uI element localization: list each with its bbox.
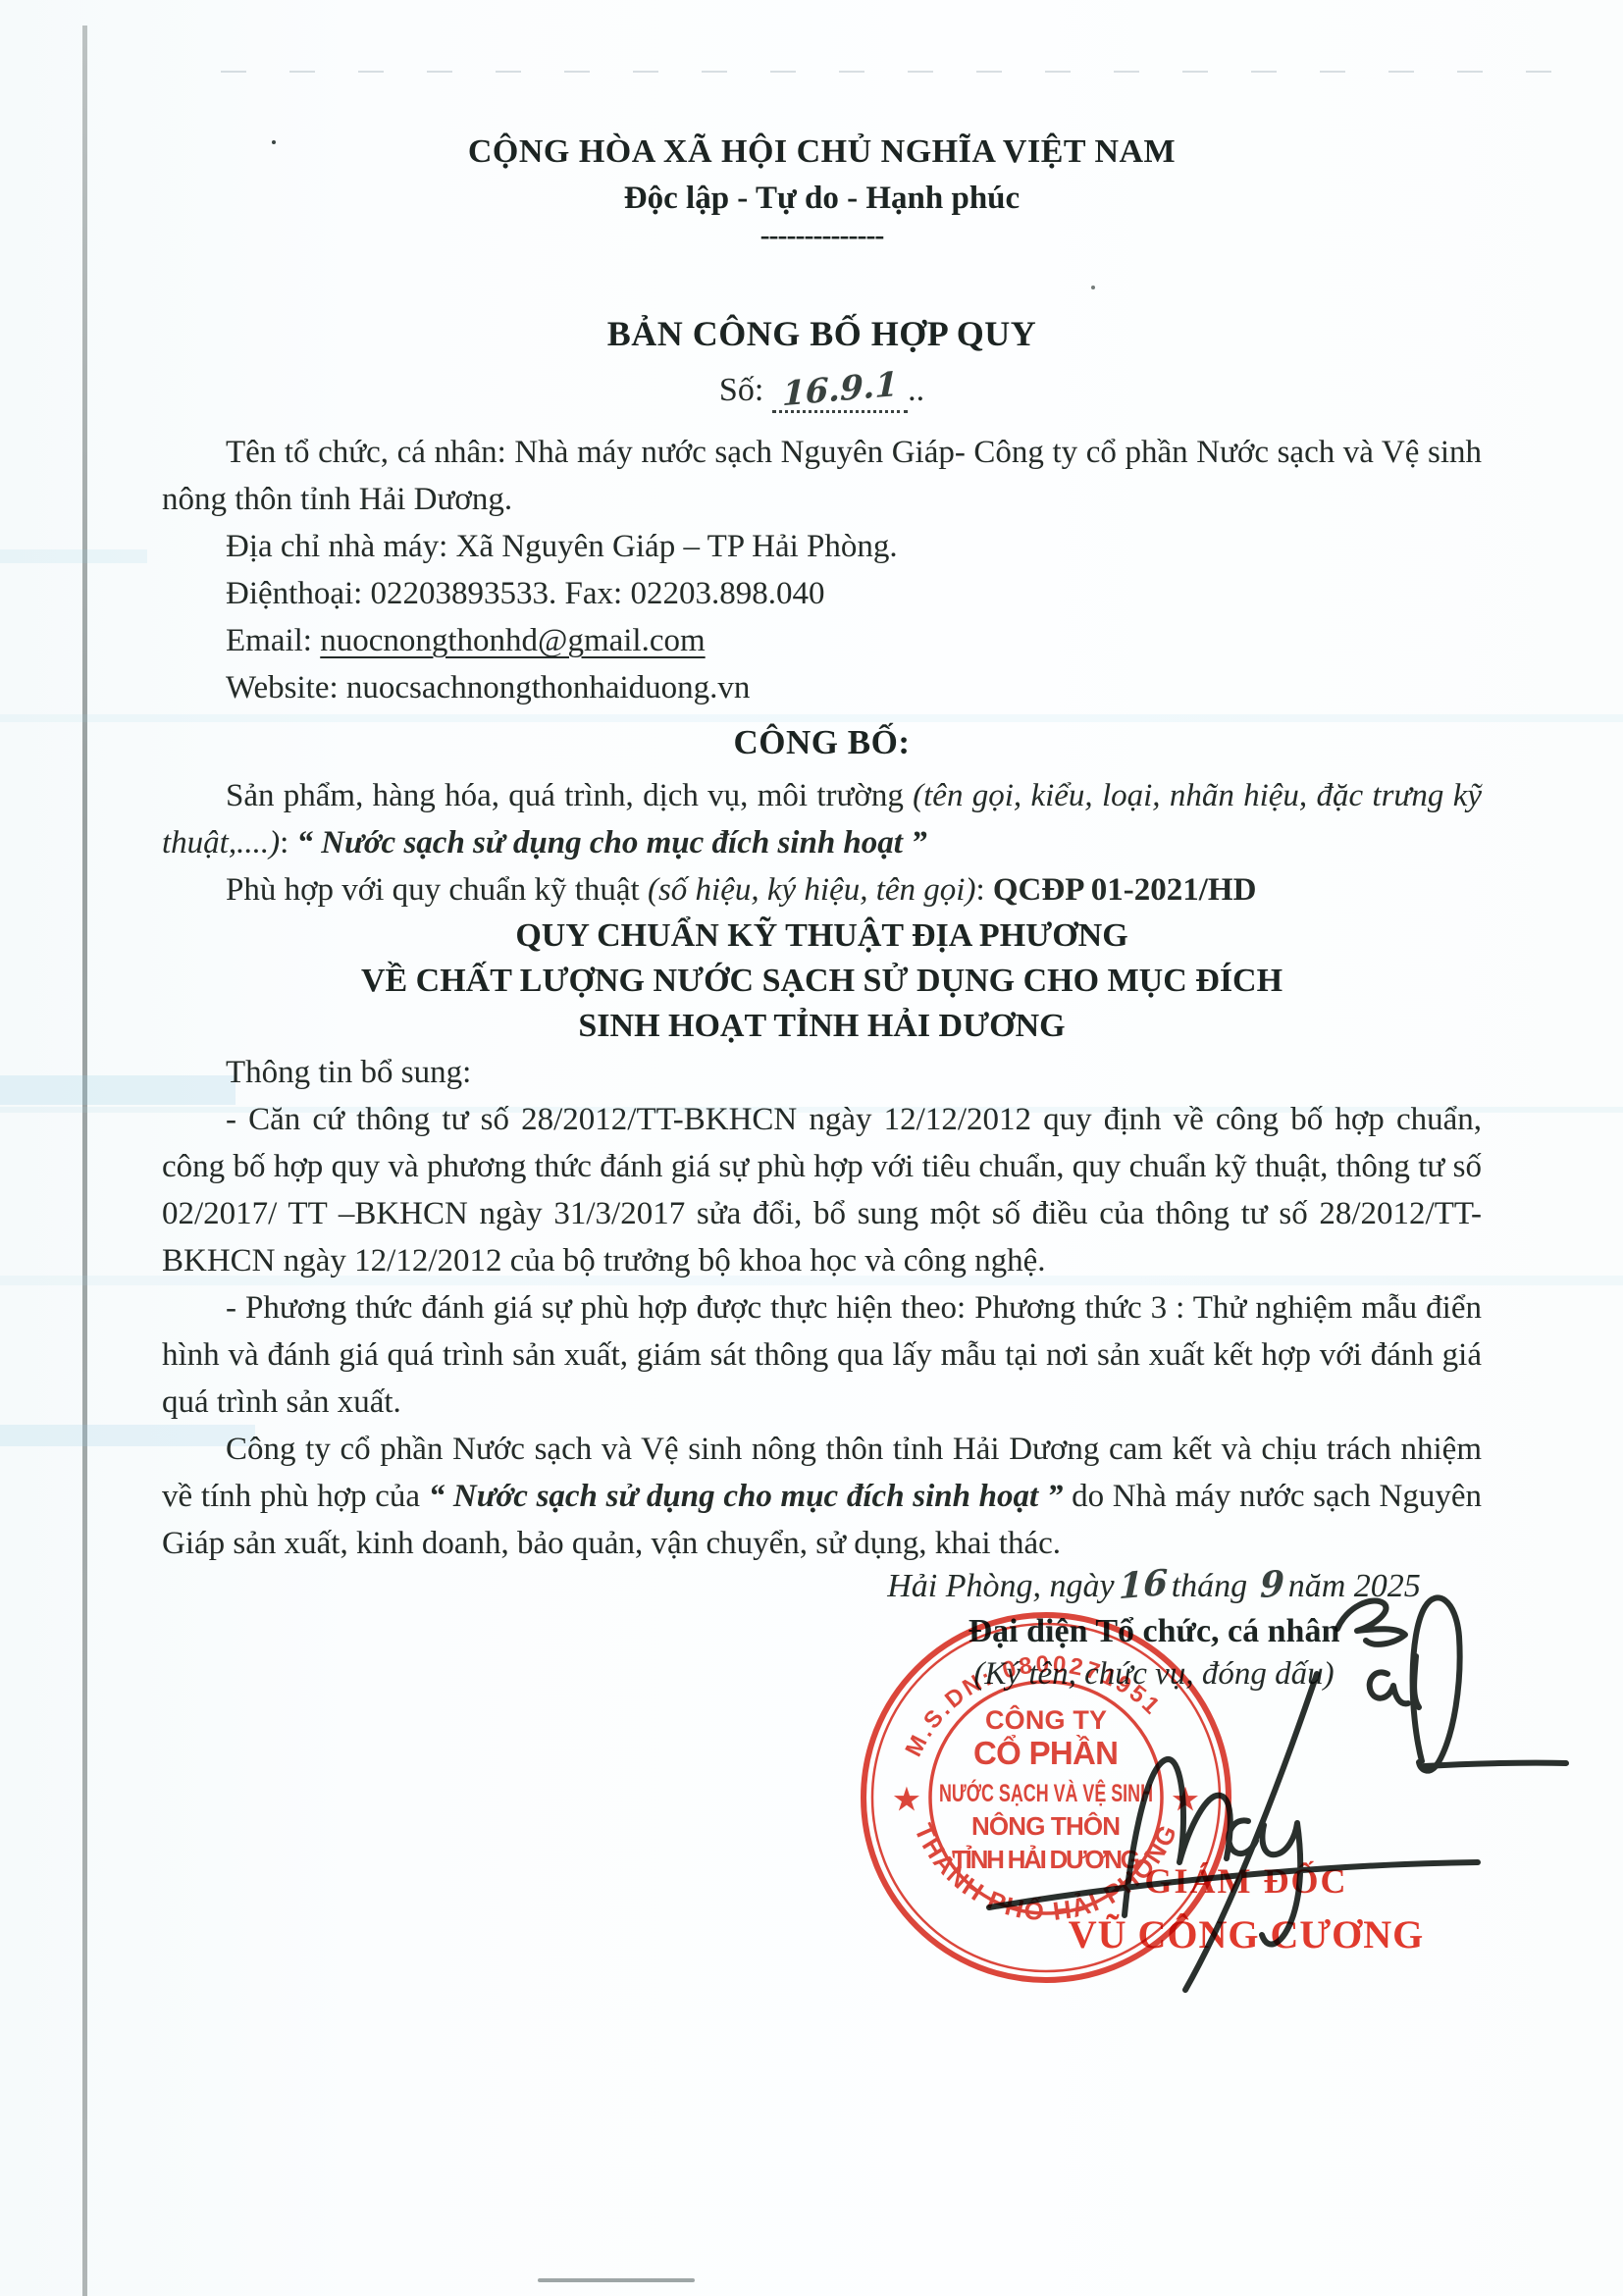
national-motto-line2: Độc lập - Tự do - Hạnh phúc [162,181,1482,217]
congbo-heading: CÔNG BỐ: [162,723,1482,762]
standard-code: QCĐP 01-2021/HD [993,872,1257,908]
date-mid: tháng [1172,1568,1247,1604]
org-email-line: Email: nuocnongthonhd@gmail.com [162,617,1482,664]
additional-info-label: Thông tin bổ sung: [162,1049,1482,1096]
stamp-star-left-icon: ★ [894,1784,920,1816]
national-motto-line1: CỘNG HÒA XÃ HỘI CHỦ NGHĨA VIỆT NAM [162,133,1482,171]
org-website-line: Website: nuocsachnongthonhaiduong.vn [162,664,1482,711]
document-number-dots: .. [908,372,924,408]
standard-colon: : [975,872,992,908]
org-name-line: Tên tổ chức, cá nhân: Nhà máy nước sạch … [162,429,1482,523]
document-title: BẢN CÔNG BỐ HỢP QUY [162,313,1482,354]
qc-title-line2: VỀ CHẤT LƯỢNG NƯỚC SẠCH SỬ DỤNG CHO MỤC … [162,959,1482,1004]
org-email-label: Email: [226,623,320,658]
stamp-star-right-icon: ★ [1173,1784,1199,1816]
standard-text: Phù hợp với quy chuẩn kỹ thuật [226,872,648,908]
org-email-value: nuocnongthonhd@gmail.com [320,623,705,658]
date-pre: Hải Phòng, ngày [887,1568,1114,1604]
product-name-bold: “ Nước sạch sử dụng cho mục đích sinh ho… [297,825,927,861]
date-month-handwritten: 9 [1259,1563,1284,1606]
stamp-center-line3: NƯỚC SẠCH VÀ VỆ SINH [939,1778,1153,1807]
stamp-center-line5: TỈNH HẢI DƯƠNG [952,1845,1140,1874]
commitment-product-bold: “ Nước sạch sử dụng cho mục đích sinh ho… [429,1479,1064,1514]
document-page: CỘNG HÒA XÃ HỘI CHỦ NGHĨA VIỆT NAM Độc l… [0,0,1623,2296]
document-number-handwritten: 16.9.1 [782,365,899,415]
basis-paragraph: - Căn cứ thông tư số 28/2012/TT-BKHCN ng… [162,1096,1482,1284]
company-seal-stamp: M.S.DN: 0800271951 THÀNH PHỐ HẢI PHÒNG ★… [856,1607,1236,1988]
stamp-center-line2: CỔ PHẦN [973,1735,1119,1771]
stamp-center-line1: CÔNG TY [985,1704,1107,1735]
standard-paragraph: Phù hợp với quy chuẩn kỹ thuật (số hiệu,… [162,866,1482,913]
org-website-label: Website: [226,670,346,705]
method-paragraph: - Phương thức đánh giá sự phù hợp được t… [162,1284,1482,1426]
qc-title-line1: QUY CHUẨN KỸ THUẬT ĐỊA PHƯƠNG [162,913,1482,959]
stamp-center-line4: NÔNG THÔN [971,1811,1121,1841]
document-number-label: Số: [719,372,763,408]
scan-bottom-mark [538,2278,695,2282]
qc-title-line3: SINH HOẠT TỈNH HẢI DƯƠNG [162,1004,1482,1049]
scan-edge-line [82,26,87,2296]
date-post: năm 2025 [1288,1568,1421,1604]
org-phone-fax-line: Điệnthoại: 02203893533. Fax: 02203.898.0… [162,570,1482,617]
document-number-line: Số: 16.9.1.. [162,370,1482,409]
org-website-value: nuocsachnongthonhaiduong.vn [346,670,751,705]
date-line: Hải Phòng, ngày16tháng 9năm 2025 [862,1564,1446,1605]
scan-dashed-line [221,71,1595,73]
standard-paren-italic: (số hiệu, ký hiệu, tên gọi) [648,872,975,908]
product-colon: : [280,825,296,861]
organization-info: Tên tổ chức, cá nhân: Nhà máy nước sạch … [162,429,1482,711]
org-address-line: Địa chỉ nhà máy: Xã Nguyên Giáp – TP Hải… [162,523,1482,570]
header-divider: -------------- [162,219,1482,252]
commitment-paragraph: Công ty cổ phần Nước sạch và Vệ sinh nôn… [162,1426,1482,1567]
org-name-label: Tên tổ chức, cá nhân: [226,435,514,470]
product-text: Sản phẩm, hàng hóa, quá trình, dịch vụ, … [226,778,913,813]
date-day-handwritten: 16 [1118,1562,1168,1608]
product-paragraph: Sản phẩm, hàng hóa, quá trình, dịch vụ, … [162,772,1482,866]
national-header: CỘNG HÒA XÃ HỘI CHỦ NGHĨA VIỆT NAM Độc l… [162,133,1482,252]
scan-streak [0,549,147,563]
